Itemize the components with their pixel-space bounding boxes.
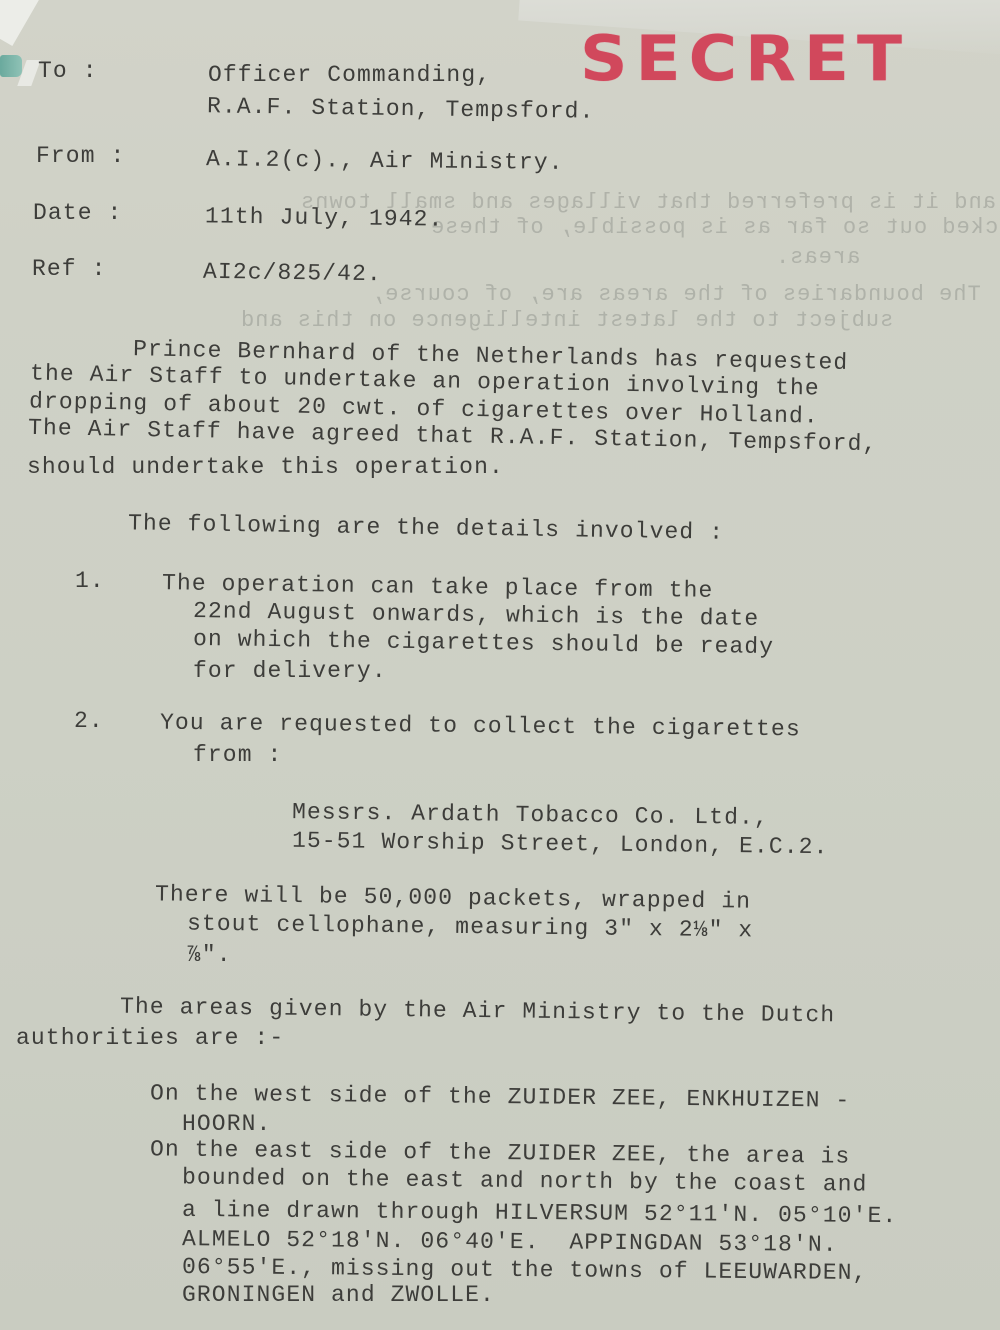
- details-heading: The following are the details involved :: [128, 512, 724, 544]
- to-line-1: Officer Commanding,: [208, 64, 491, 87]
- secret-stamp: SECRET: [580, 28, 910, 91]
- document-page: and it is preferred that villages and sm…: [0, 0, 1000, 1330]
- bleed-through-line: The boundaries of the areas are, of cour…: [370, 282, 981, 307]
- item-line: from :: [193, 744, 282, 767]
- from-value: A.I.2(c)., Air Ministry.: [206, 148, 564, 175]
- paper-corner: [0, 0, 42, 46]
- date-label: Date :: [33, 202, 122, 225]
- areas-intro-line: The areas given by the Air Ministry to t…: [120, 996, 836, 1028]
- ref-value: AI2c/825/42.: [203, 261, 382, 286]
- area-line: 06°55'E., missing out the towns of LEEUW…: [182, 1256, 868, 1285]
- packets-line: ⅞".: [187, 944, 232, 967]
- packets-line: stout cellophane, measuring 3" x 2⅛" x: [187, 913, 754, 943]
- bleed-through-line: picked out so far as is possible, of the…: [430, 215, 1000, 240]
- to-line-2: R.A.F. Station, Tempsford.: [207, 95, 595, 123]
- item-line: You are requested to collect the cigaret…: [160, 712, 801, 742]
- item-line: for delivery.: [193, 660, 387, 683]
- item-line: on which the cigarettes should be ready: [193, 628, 774, 659]
- intro-line: should undertake this operation.: [27, 456, 504, 479]
- bleed-through-line: subject to the latest intelligence on th…: [240, 308, 893, 333]
- item-number: 2.: [74, 710, 104, 733]
- area-line: GRONINGEN and ZWOLLE.: [182, 1284, 495, 1307]
- area-line: ALMELO 52°18'N. 06°40'E. APPINGDAN 53°18…: [182, 1228, 838, 1257]
- bleed-through-line: areas.: [775, 245, 860, 270]
- from-label: From :: [36, 145, 125, 168]
- area-line: a line drawn through HILVERSUM 52°11'N. …: [182, 1199, 897, 1228]
- areas-intro-line: authorities are :-: [16, 1027, 284, 1050]
- address-line: Messrs. Ardath Tobacco Co. Ltd.,: [292, 801, 769, 830]
- area-line: On the west side of the ZUIDER ZEE, ENKH…: [150, 1082, 851, 1112]
- date-value: 11th July, 1942.: [205, 205, 444, 231]
- ref-label: Ref :: [32, 258, 107, 281]
- to-label: To :: [38, 60, 98, 83]
- area-line: bounded on the east and north by the coa…: [182, 1166, 868, 1196]
- area-line: On the east side of the ZUIDER ZEE, the …: [150, 1138, 851, 1168]
- area-line: HOORN.: [182, 1113, 271, 1136]
- paperclip-icon: [0, 55, 22, 77]
- address-line: 15-51 Worship Street, London, E.C.2.: [292, 830, 829, 860]
- item-number: 1.: [75, 570, 105, 593]
- packets-line: There will be 50,000 packets, wrapped in: [155, 883, 751, 913]
